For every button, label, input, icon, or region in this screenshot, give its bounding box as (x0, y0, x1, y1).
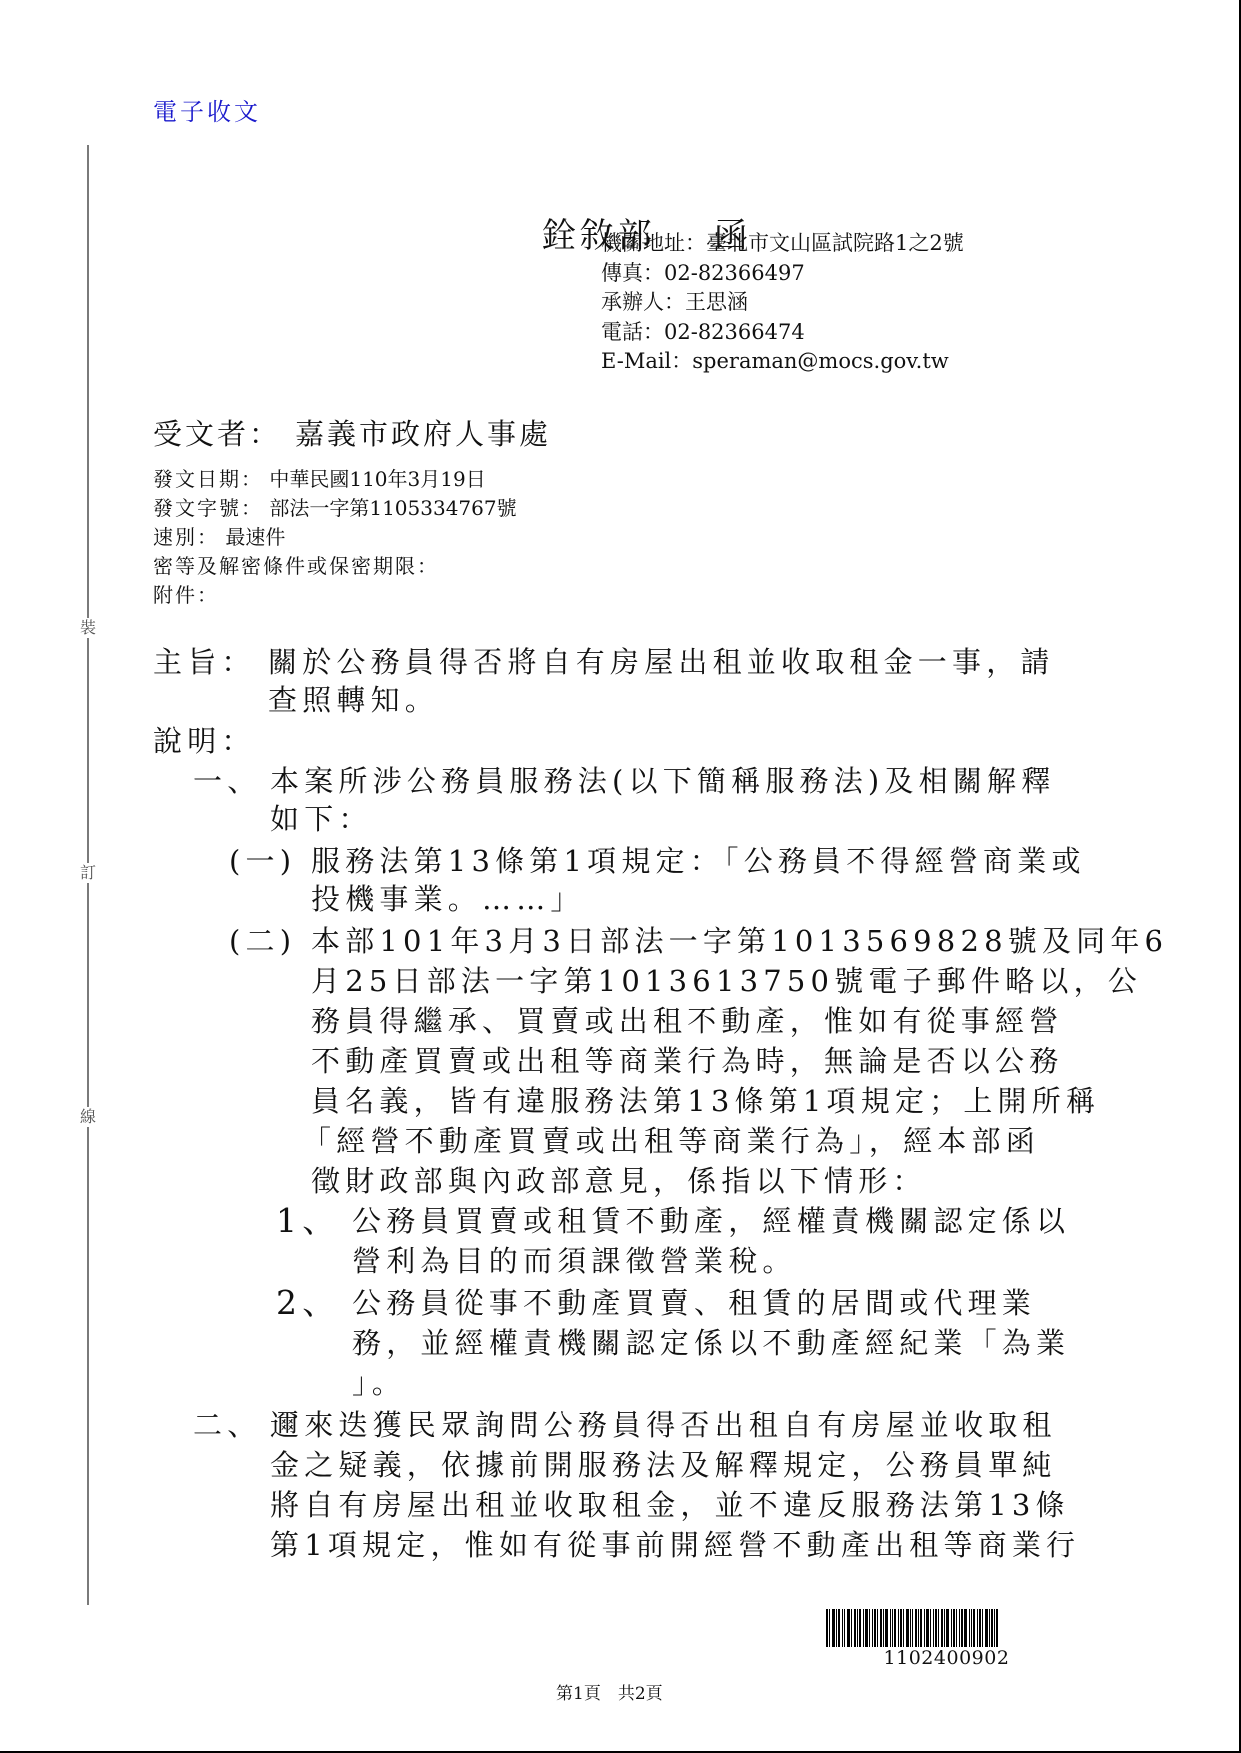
agency-address: 機關地址：臺北市文山區試院路1之2號 (601, 229, 964, 259)
point-line: 務，並經權責機關認定係以不動產經紀業「為業 (352, 1324, 1070, 1362)
secrecy-row: 密等及解密條件或保密期限： (153, 552, 517, 581)
secrecy-label: 密等及解密條件或保密期限： (153, 554, 439, 578)
item-line: 如下： (270, 800, 373, 838)
recipient-value: 嘉義市政府人事處 (295, 417, 551, 451)
subitem-marker: (一) (229, 842, 296, 880)
doc-number-value: 部法一字第1105334767號 (269, 496, 516, 520)
handler-name: 承辦人：王思涵 (601, 288, 964, 318)
speed-row: 速別： 最速件 (153, 523, 517, 552)
issue-date-value: 中華民國110年3月19日 (269, 467, 485, 491)
item-line: 本案所涉公務員服務法(以下簡稱服務法)及相關解釋 (270, 762, 1055, 800)
subitem-line: 服務法第13條第1項規定：「公務員不得經營商業或 (311, 842, 1086, 880)
subitem-line: 月25日部法一字第1013613750號電子郵件略以，公 (311, 962, 1142, 1000)
binding-label-zhuang: 裝 (78, 618, 98, 638)
subject-line: 查照轉知。 (268, 681, 439, 719)
contact-block: 機關地址：臺北市文山區試院路1之2號 傳真：02-82366497 承辦人：王思… (601, 229, 964, 377)
subitem-line: 「經營不動產買賣或出租等商業行為」，經本部函 (302, 1122, 1040, 1160)
point-line: 營利為目的而須課徵營業稅。 (352, 1242, 797, 1280)
electronic-receipt-stamp: 電子收文 (153, 92, 261, 127)
point-line: 」。 (352, 1364, 406, 1402)
item-line: 將自有房屋出租並收取租金，並不違反服務法第13條 (270, 1486, 1070, 1524)
recipient-label: 受文者： (153, 417, 281, 451)
item-marker: 二、 (193, 1406, 261, 1444)
point-marker: 1、 (276, 1202, 340, 1240)
issue-date-label: 發文日期： (153, 467, 263, 491)
binding-label-ding: 訂 (78, 863, 98, 883)
document-meta: 發文日期： 中華民國110年3月19日 發文字號： 部法一字第110533476… (153, 465, 517, 610)
speed-value: 最速件 (225, 525, 285, 549)
point-line: 公務員買賣或租賃不動產，經權責機關認定係以 (352, 1202, 1070, 1240)
item-line: 金之疑義，依據前開服務法及解釋規定，公務員單純 (270, 1446, 1057, 1484)
barcode-number: 1102400902 (826, 1647, 1067, 1669)
item-line: 邇來迭獲民眾詢問公務員得否出租自有房屋並收取租 (270, 1406, 1057, 1444)
attachment-label: 附件： (153, 583, 219, 607)
subitem-line: 不動產買賣或出租等商業行為時，無論是否以公務 (311, 1042, 1063, 1080)
subject-label: 主旨： (153, 643, 256, 681)
doc-number-row: 發文字號： 部法一字第1105334767號 (153, 494, 517, 523)
binding-label-xian: 線 (78, 1107, 98, 1127)
attachment-row: 附件： (153, 581, 517, 610)
doc-number-label: 發文字號： (153, 496, 263, 520)
recipient: 受文者：嘉義市政府人事處 (153, 412, 551, 453)
subitem-line: 徵財政部與內政部意見，係指以下情形： (311, 1162, 927, 1200)
explanation-label: 說明： (153, 722, 256, 760)
subitem-line: 務員得繼承、買賣或出租不動產，惟如有從事經營 (311, 1002, 1063, 1040)
point-marker: 2、 (276, 1284, 340, 1322)
phone-number: 電話：02-82366474 (601, 318, 964, 348)
subitem-line: 員名義，皆有違服務法第13條第1項規定；上開所稱 (311, 1082, 1100, 1120)
speed-label: 速別： (153, 525, 219, 549)
subject-line: 關於公務員得否將自有房屋出租並收取租金一事，請 (268, 643, 1055, 681)
point-line: 公務員從事不動產買賣、租賃的居間或代理業 (352, 1284, 1036, 1322)
subitem-marker: (二) (229, 922, 296, 960)
barcode (826, 1609, 1067, 1647)
subitem-line: 本部101年3月3日部法一字第1013569828號及同年6 (311, 922, 1168, 960)
issue-date-row: 發文日期： 中華民國110年3月19日 (153, 465, 517, 494)
subitem-line: 投機事業。……」 (311, 880, 585, 918)
item-marker: 一、 (193, 762, 261, 800)
fax-number: 傳真：02-82366497 (601, 259, 964, 289)
item-line: 第1項規定，惟如有從事前開經營不動產出租等商業行 (270, 1526, 1080, 1564)
email-address: E-Mail：speraman@mocs.gov.tw (601, 347, 964, 377)
page-indicator: 第1頁 共2頁 (556, 1679, 663, 1704)
